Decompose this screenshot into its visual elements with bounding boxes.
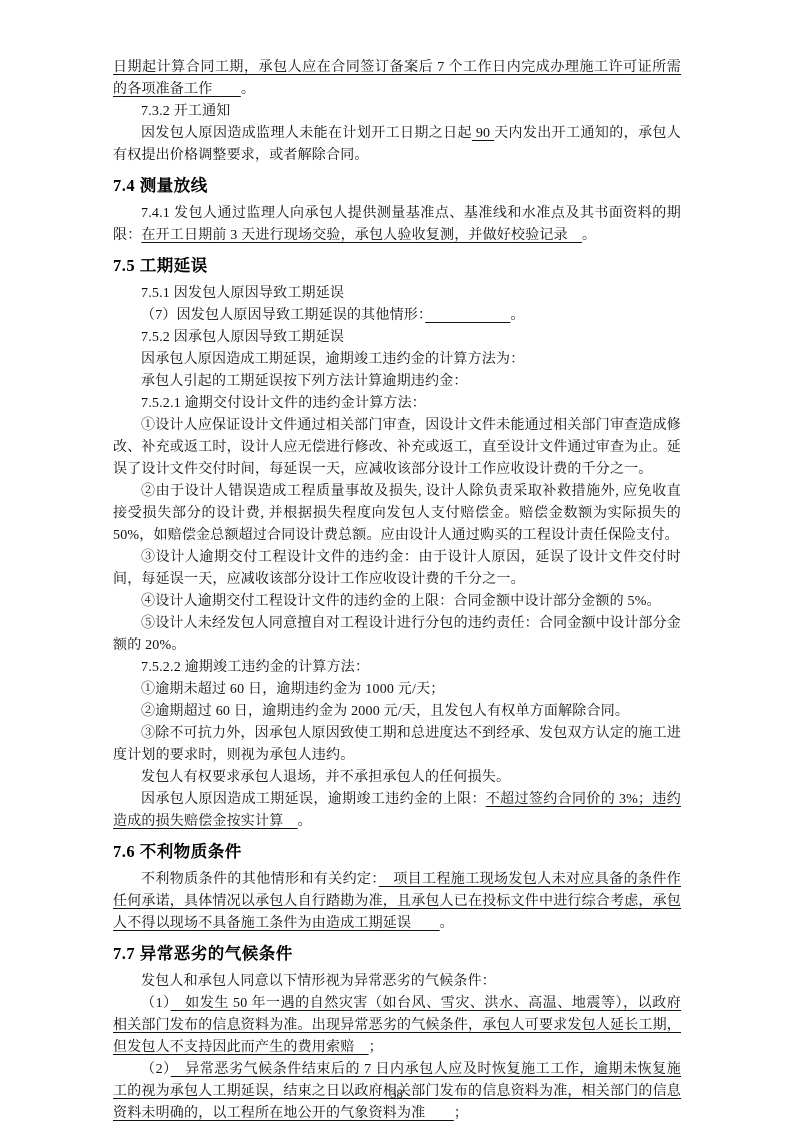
filled-blank-underlined: 90: [472, 126, 494, 141]
section-heading: 7.7 异常恶劣的气候条件: [113, 942, 681, 966]
text-segment: 因发包人原因造成监理人未能在计划开工日期之日起: [141, 126, 472, 141]
text-segment: 7.4 测量放线: [113, 176, 208, 195]
text-segment: （7）因发包人原因导致工期延误的其他情形：: [141, 308, 425, 323]
text-segment: 7.5.2.1 逾期交付设计文件的违约金计算方法：: [141, 396, 426, 411]
text-segment: ③除不可抗力外，因承包人原因致使工期和总进度达不到经承、发包双方认定的施工进度计…: [113, 726, 681, 763]
text-segment: 发包人有权要求承包人退场，并不承担承包人的任何损失。: [141, 770, 510, 785]
text-segment: （1）: [141, 996, 171, 1011]
paragraph: 不利物质条件的其他情形和有关约定： 项目工程施工现场发包人未对应具备的条件作任何…: [113, 869, 681, 935]
filled-blank-underlined: [425, 308, 510, 323]
paragraph: 日期起计算合同工期，承包人应在合同签订备案后 7 个工作日内完成办理施工许可证所…: [113, 57, 681, 101]
text-segment: ④设计人逾期交付工程设计文件的违约金的上限：合同金额中设计部分金额的 5%。: [141, 594, 661, 609]
paragraph: 7.5.1 因发包人原因导致工期延误: [113, 283, 681, 305]
text-segment: 7.5.1 因发包人原因导致工期延误: [141, 286, 344, 301]
text-segment: 7.5.2 因承包人原因导致工期延误: [141, 330, 344, 345]
document-body: 日期起计算合同工期，承包人应在合同签订备案后 7 个工作日内完成办理施工许可证所…: [113, 57, 681, 1122]
section-heading: 7.4 测量放线: [113, 174, 681, 198]
text-segment: ①设计人应保证设计文件通过相关部门审查，因设计文件未能通过相关部门审查造成修改、…: [113, 418, 681, 477]
paragraph: （7）因发包人原因导致工期延误的其他情形： 。: [113, 305, 681, 327]
paragraph: 7.5.2.1 逾期交付设计文件的违约金计算方法：: [113, 393, 681, 415]
text-segment: 因承包人原因造成工期延误，逾期竣工违约金的上限：: [141, 792, 486, 807]
filled-blank-underlined: 在开工日期前 3 天进行现场交验，承包人验收复测，并做好校验记录: [141, 228, 582, 243]
text-segment: 。: [241, 82, 255, 97]
text-segment: 。: [582, 228, 596, 243]
paragraph: 7.4.1 发包人通过监理人向承包人提供测量基准点、基准线和水准点及其书面资料的…: [113, 203, 681, 247]
text-segment: ②由于设计人错误造成工程质量事故及损失, 设计人除负责采取补救措施外, 应免收直…: [113, 484, 681, 543]
text-segment: 。: [440, 916, 454, 931]
paragraph: 7.3.2 开工通知: [113, 101, 681, 123]
paragraph: 承包人引起的工期延误按下列方法计算逾期违约金：: [113, 371, 681, 393]
paragraph: ④设计人逾期交付工程设计文件的违约金的上限：合同金额中设计部分金额的 5%。: [113, 591, 681, 613]
text-segment: 因承包人原因造成工期延误，逾期竣工违约金的计算方法为：: [141, 352, 524, 367]
text-segment: 。: [510, 308, 524, 323]
text-segment: ；: [369, 1040, 383, 1055]
text-segment: （2）: [141, 1062, 171, 1077]
page-number: 38: [0, 1087, 793, 1102]
document-page: 日期起计算合同工期，承包人应在合同签订备案后 7 个工作日内完成办理施工许可证所…: [0, 0, 793, 1122]
text-segment: ①逾期未超过 60 日，逾期违约金为 1000 元/天；: [141, 682, 445, 697]
text-segment: 不利物质条件的其他情形和有关约定：: [141, 872, 379, 887]
paragraph: 因承包人原因造成工期延误，逾期竣工违约金的计算方法为：: [113, 349, 681, 371]
paragraph: 因承包人原因造成工期延误，逾期竣工违约金的上限：不超过签约合同价的 3%；违约造…: [113, 789, 681, 833]
text-segment: 7.7 异常恶劣的气候条件: [113, 944, 293, 963]
paragraph: 发包人和承包人同意以下情形视为异常恶劣的气候条件：: [113, 971, 681, 993]
text-segment: 。: [298, 814, 312, 829]
paragraph: 发包人有权要求承包人退场，并不承担承包人的任何损失。: [113, 767, 681, 789]
text-segment: ；: [454, 1106, 468, 1121]
paragraph: ③除不可抗力外，因承包人原因致使工期和总进度达不到经承、发包双方认定的施工进度计…: [113, 723, 681, 767]
paragraph: ③设计人逾期交付工程设计文件的违约金：由于设计人原因，延误了设计文件交付时间，每…: [113, 547, 681, 591]
filled-blank-underlined: 日期起计算合同工期，承包人应在合同签订备案后 7 个工作日内完成办理施工许可证所…: [113, 60, 681, 97]
text-segment: 7.6 不利物质条件: [113, 842, 242, 861]
paragraph: ②逾期超过 60 日，逾期违约金为 2000 元/天，且发包人有权单方面解除合同…: [113, 701, 681, 723]
paragraph: ①逾期未超过 60 日，逾期违约金为 1000 元/天；: [113, 679, 681, 701]
section-heading: 7.6 不利物质条件: [113, 840, 681, 864]
text-segment: 7.3.2 开工通知: [141, 104, 231, 119]
text-segment: ③设计人逾期交付工程设计文件的违约金：由于设计人原因，延误了设计文件交付时间，每…: [113, 550, 681, 587]
text-segment: 7.5 工期延误: [113, 256, 208, 275]
text-segment: 承包人引起的工期延误按下列方法计算逾期违约金：: [141, 374, 468, 389]
paragraph: （1） 如发生 50 年一遇的自然灾害（如台风、雪灾、洪水、高温、地震等），以政…: [113, 993, 681, 1059]
section-heading: 7.5 工期延误: [113, 254, 681, 278]
paragraph: 7.5.2 因承包人原因导致工期延误: [113, 327, 681, 349]
text-segment: ⑤设计人未经发包人同意擅自对工程设计进行分包的违约责任：合同金额中设计部分金额的…: [113, 616, 681, 653]
paragraph: ①设计人应保证设计文件通过相关部门审查，因设计文件未能通过相关部门审查造成修改、…: [113, 415, 681, 481]
paragraph: ②由于设计人错误造成工程质量事故及损失, 设计人除负责采取补救措施外, 应免收直…: [113, 481, 681, 547]
text-segment: ②逾期超过 60 日，逾期违约金为 2000 元/天，且发包人有权单方面解除合同…: [141, 704, 629, 719]
filled-blank-underlined: 如发生 50 年一遇的自然灾害（如台风、雪灾、洪水、高温、地震等），以政府相关部…: [113, 996, 681, 1055]
paragraph: ⑤设计人未经发包人同意擅自对工程设计进行分包的违约责任：合同金额中设计部分金额的…: [113, 613, 681, 657]
paragraph: 因发包人原因造成监理人未能在计划开工日期之日起 90 天内发出开工通知的，承包人…: [113, 123, 681, 167]
text-segment: 7.5.2.2 逾期竣工违约金的计算方法：: [141, 660, 369, 675]
text-segment: 发包人和承包人同意以下情形视为异常恶劣的气候条件：: [141, 974, 496, 989]
paragraph: 7.5.2.2 逾期竣工违约金的计算方法：: [113, 657, 681, 679]
